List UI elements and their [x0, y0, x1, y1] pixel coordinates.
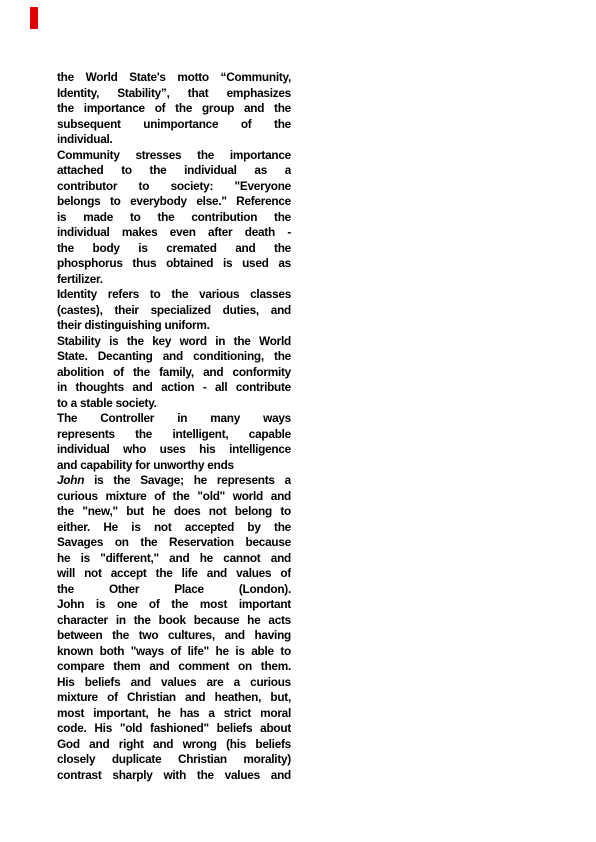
plain-text: is the Savage; he represents a: [84, 473, 291, 487]
text-line: John is the Savage; he represents a: [57, 473, 291, 489]
plain-text: Identity, Stability”, that emphasizes: [57, 86, 291, 100]
plain-text: either. He is not accepted by the: [57, 520, 291, 534]
text-line: The Controller in many ways: [57, 411, 291, 427]
text-line: either. He is not accepted by the: [57, 520, 291, 536]
plain-text: to a stable society.: [57, 396, 157, 410]
text-column: the World State's motto “Community,Ident…: [57, 70, 291, 783]
plain-text: The Controller in many ways: [57, 411, 291, 425]
plain-text: individual who uses his intelligence: [57, 442, 291, 456]
plain-text: His beliefs and values are a curious: [57, 675, 291, 689]
text-line: Identity refers to the various classes: [57, 287, 291, 303]
paragraph: The Controller in many waysrepresents th…: [57, 411, 291, 473]
text-line: their distinguishing uniform.: [57, 318, 291, 334]
text-line: most important, he has a strict moral: [57, 706, 291, 722]
text-line: the Other Place (London).: [57, 582, 291, 598]
text-line: John is one of the most important: [57, 597, 291, 613]
text-line: the World State's motto “Community,: [57, 70, 291, 86]
text-line: attached to the individual as a: [57, 163, 291, 179]
text-line: individual.: [57, 132, 291, 148]
plain-text: closely duplicate Christian morality): [57, 752, 291, 766]
plain-text: phosphorus thus obtained is used as: [57, 256, 291, 270]
paragraph: John is the Savage; he represents acurio…: [57, 473, 291, 783]
plain-text: will not accept the life and values of: [57, 566, 291, 580]
text-line: subsequent unimportance of the: [57, 117, 291, 133]
text-line: His beliefs and values are a curious: [57, 675, 291, 691]
plain-text: belongs to everybody else." Reference: [57, 194, 291, 208]
plain-text: Identity refers to the various classes: [57, 287, 291, 301]
plain-text: God and right and wrong (his beliefs: [57, 737, 291, 751]
text-line: mixture of Christian and heathen, but,: [57, 690, 291, 706]
paragraph: Stability is the key word in the WorldSt…: [57, 334, 291, 412]
plain-text: subsequent unimportance of the: [57, 117, 291, 131]
text-line: Community stresses the importance: [57, 148, 291, 164]
plain-text: Community stresses the importance: [57, 148, 291, 162]
text-line: represents the intelligent, capable: [57, 427, 291, 443]
text-line: between the two cultures, and having: [57, 628, 291, 644]
text-line: belongs to everybody else." Reference: [57, 194, 291, 210]
plain-text: compare them and comment on them.: [57, 659, 291, 673]
paragraph: Identity refers to the various classes(c…: [57, 287, 291, 334]
text-line: God and right and wrong (his beliefs: [57, 737, 291, 753]
plain-text: the World State's motto “Community,: [57, 70, 291, 84]
text-line: and capability for unworthy ends: [57, 458, 291, 474]
plain-text: the Other Place (London).: [57, 582, 291, 596]
plain-text: known both "ways of life" he is able to: [57, 644, 291, 658]
text-line: the "new," but he does not belong to: [57, 504, 291, 520]
plain-text: contributor to society: "Everyone: [57, 179, 291, 193]
plain-text: their distinguishing uniform.: [57, 318, 210, 332]
paragraph: Community stresses the importanceattache…: [57, 148, 291, 288]
text-line: Identity, Stability”, that emphasizes: [57, 86, 291, 102]
text-line: closely duplicate Christian morality): [57, 752, 291, 768]
plain-text: is made to the contribution the: [57, 210, 291, 224]
plain-text: contrast sharply with the values and: [57, 768, 291, 782]
plain-text: attached to the individual as a: [57, 163, 291, 177]
text-line: fertilizer.: [57, 272, 291, 288]
text-line: Savages on the Reservation because: [57, 535, 291, 551]
text-line: is made to the contribution the: [57, 210, 291, 226]
text-line: in thoughts and action - all contribute: [57, 380, 291, 396]
plain-text: between the two cultures, and having: [57, 628, 291, 642]
plain-text: Stability is the key word in the World: [57, 334, 291, 348]
text-line: the importance of the group and the: [57, 101, 291, 117]
text-line: contrast sharply with the values and: [57, 768, 291, 784]
text-line: known both "ways of life" he is able to: [57, 644, 291, 660]
plain-text: code. His "old fashioned" beliefs about: [57, 721, 291, 735]
text-line: he is "different," and he cannot and: [57, 551, 291, 567]
text-line: will not accept the life and values of: [57, 566, 291, 582]
plain-text: represents the intelligent, capable: [57, 427, 291, 441]
plain-text: he is "different," and he cannot and: [57, 551, 291, 565]
text-line: Stability is the key word in the World: [57, 334, 291, 350]
cursor-marker: [30, 7, 38, 29]
text-line: (castes), their specialized duties, and: [57, 303, 291, 319]
text-line: phosphorus thus obtained is used as: [57, 256, 291, 272]
text-line: character in the book because he acts: [57, 613, 291, 629]
plain-text: John is one of the most important: [57, 597, 291, 611]
plain-text: abolition of the family, and conformity: [57, 365, 291, 379]
plain-text: in thoughts and action - all contribute: [57, 380, 291, 394]
text-line: individual makes even after death -: [57, 225, 291, 241]
plain-text: the "new," but he does not belong to: [57, 504, 291, 518]
text-line: code. His "old fashioned" beliefs about: [57, 721, 291, 737]
text-line: individual who uses his intelligence: [57, 442, 291, 458]
text-line: curious mixture of the "old" world and: [57, 489, 291, 505]
document-page: the World State's motto “Community,Ident…: [0, 0, 596, 842]
italic-text: John: [57, 473, 84, 487]
text-line: to a stable society.: [57, 396, 291, 412]
plain-text: the importance of the group and the: [57, 101, 291, 115]
text-line: the body is cremated and the: [57, 241, 291, 257]
paragraph: the World State's motto “Community,Ident…: [57, 70, 291, 148]
plain-text: individual.: [57, 132, 113, 146]
plain-text: the body is cremated and the: [57, 241, 291, 255]
plain-text: State. Decanting and conditioning, the: [57, 349, 291, 363]
plain-text: fertilizer.: [57, 272, 103, 286]
plain-text: character in the book because he acts: [57, 613, 291, 627]
plain-text: most important, he has a strict moral: [57, 706, 291, 720]
plain-text: individual makes even after death -: [57, 225, 291, 239]
plain-text: (castes), their specialized duties, and: [57, 303, 291, 317]
text-line: compare them and comment on them.: [57, 659, 291, 675]
text-line: contributor to society: "Everyone: [57, 179, 291, 195]
plain-text: Savages on the Reservation because: [57, 535, 291, 549]
plain-text: curious mixture of the "old" world and: [57, 489, 291, 503]
text-line: abolition of the family, and conformity: [57, 365, 291, 381]
plain-text: mixture of Christian and heathen, but,: [57, 690, 291, 704]
plain-text: and capability for unworthy ends: [57, 458, 234, 472]
text-line: State. Decanting and conditioning, the: [57, 349, 291, 365]
